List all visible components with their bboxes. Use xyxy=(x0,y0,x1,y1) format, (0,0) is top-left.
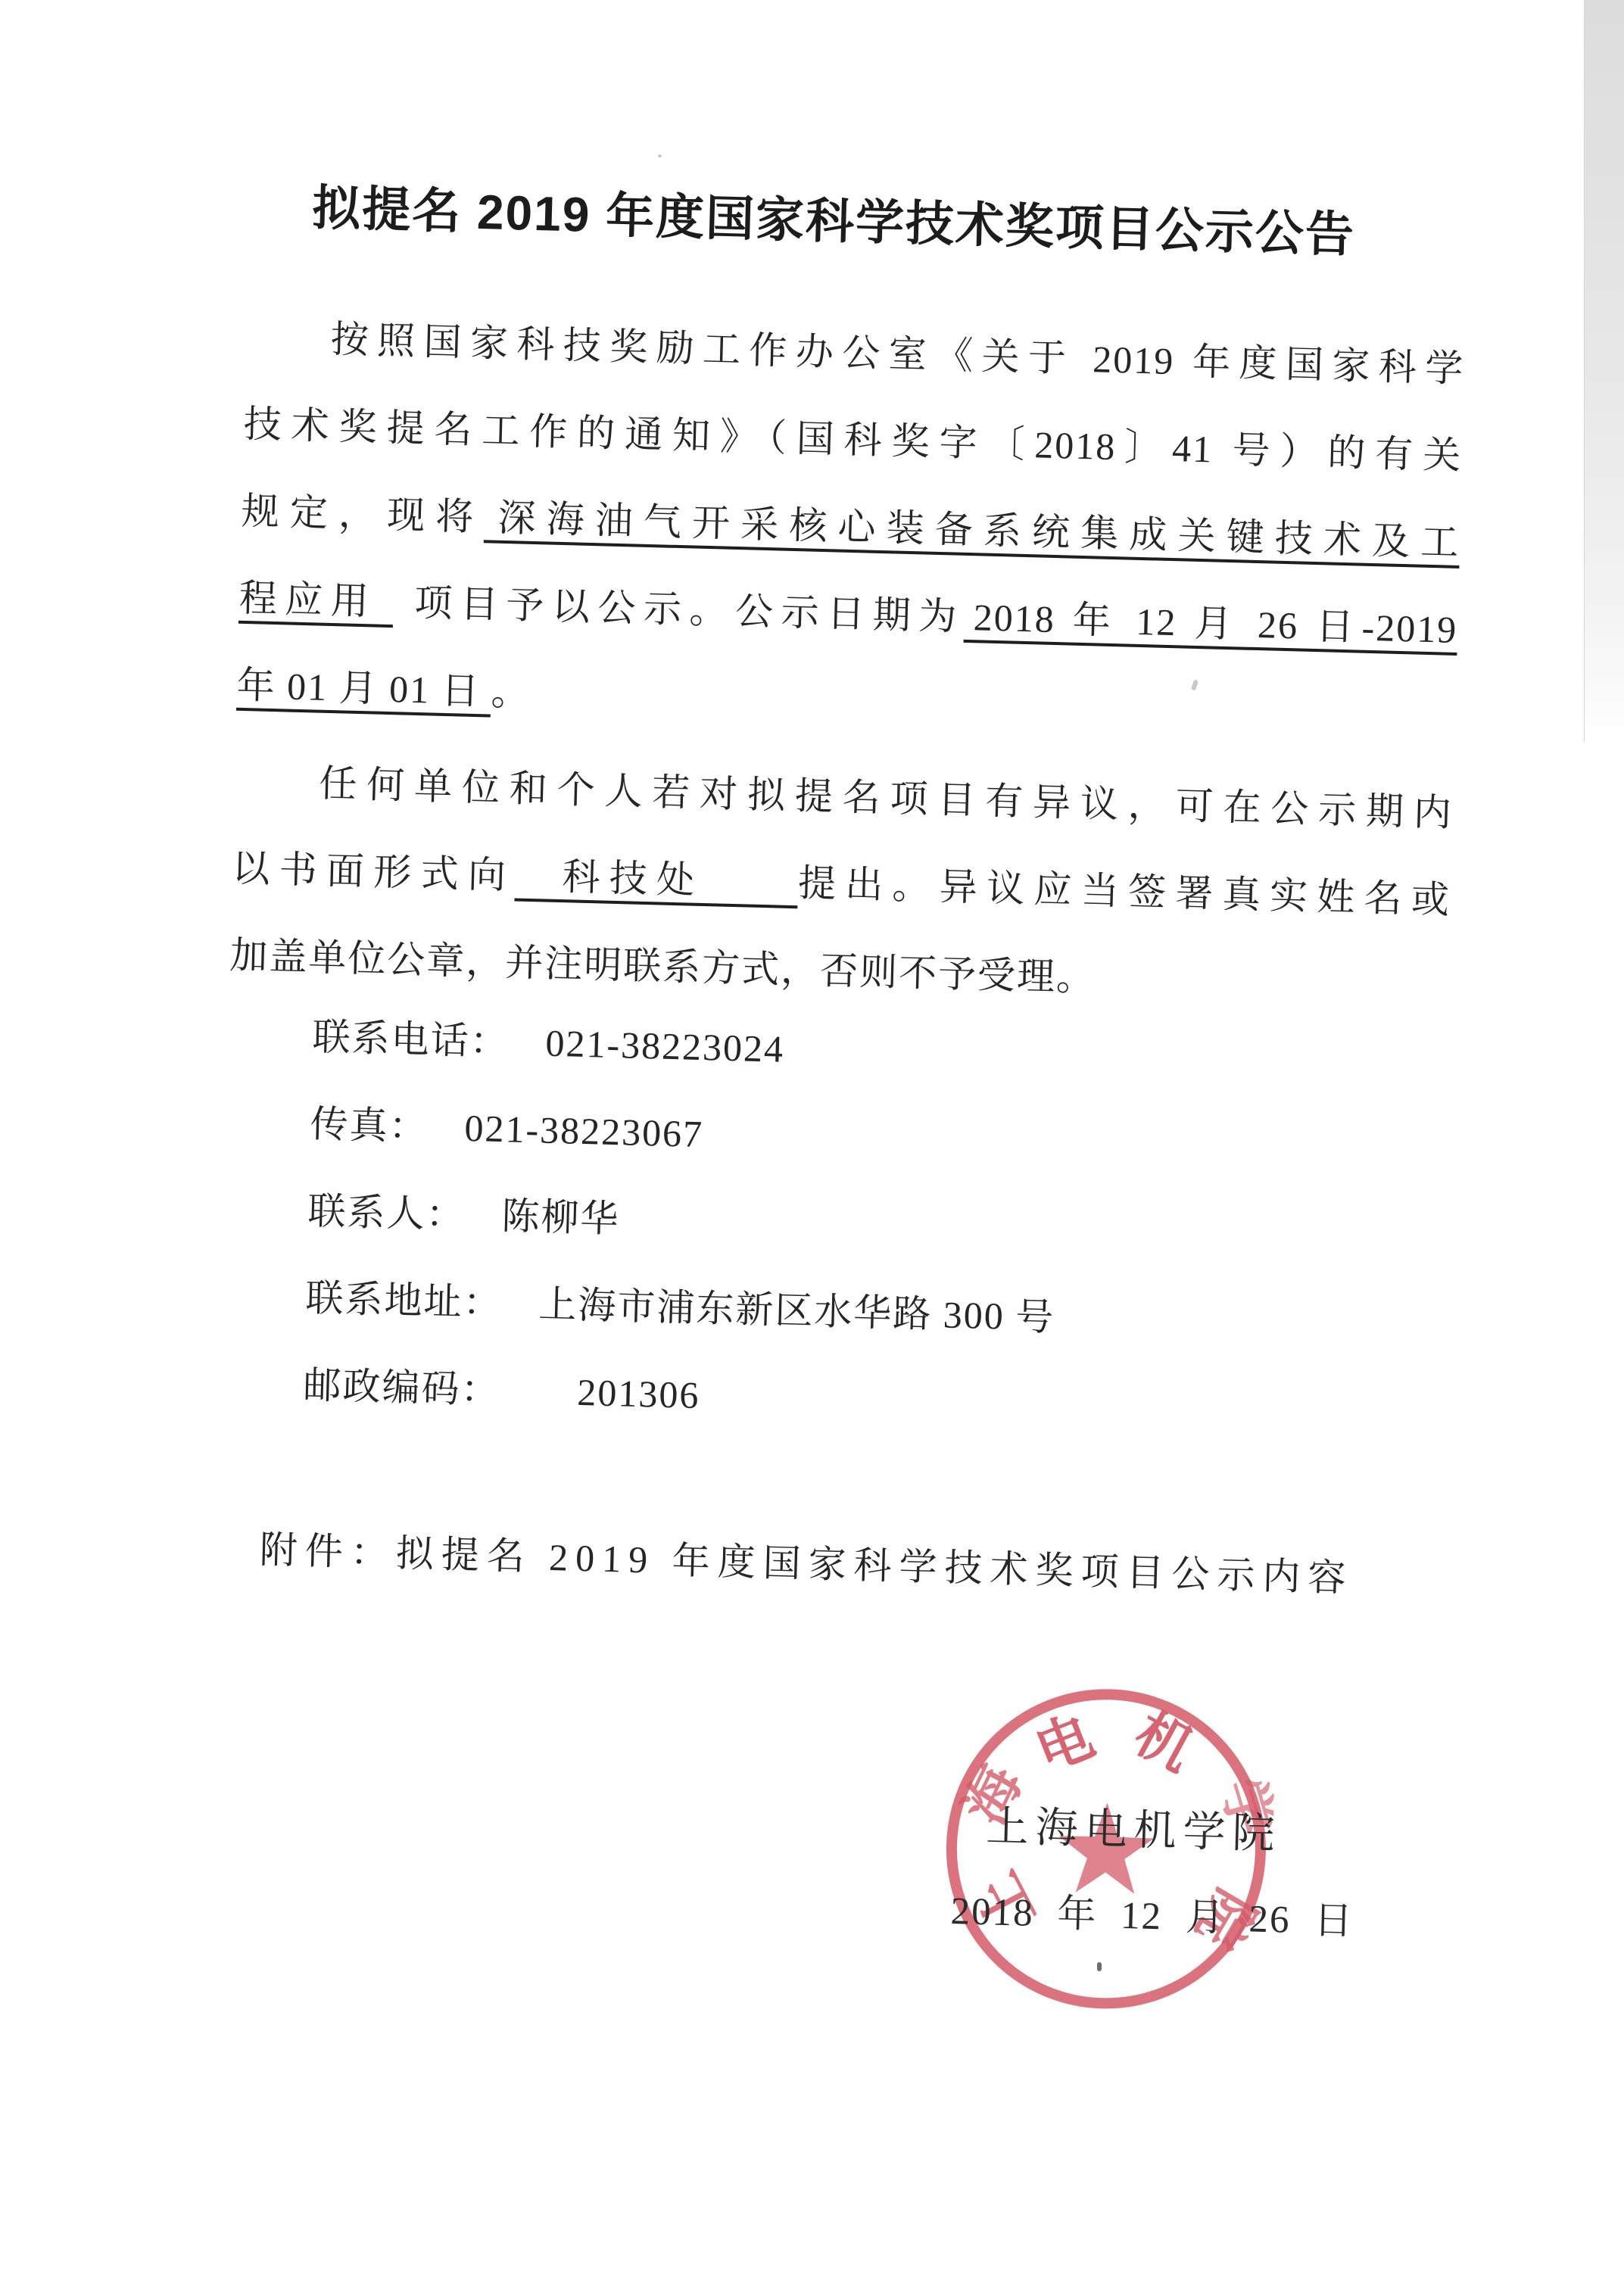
department-underlined: 科技处 xyxy=(514,854,798,908)
contact-value-phone: 021-38223024 xyxy=(545,1022,785,1070)
p1-line3-text: 规定，现将 xyxy=(241,490,485,538)
contact-label-postcode: 邮政编码： xyxy=(303,1363,500,1411)
attachment-section: 附件：拟提名 2019 年度国家科学技术奖项目公示内容 xyxy=(213,1505,1433,1624)
seal-arc-char: 电 xyxy=(1027,1706,1102,1784)
publicity-date-underlined-cont: 年 01 月 01 日 xyxy=(236,664,492,718)
paragraph-1: 按照国家科技奖励工作办公室《关于 2019 年度国家科学 技术奖提名工作的通知》… xyxy=(235,294,1466,761)
p2-line2-text: 以书面形式向 xyxy=(232,847,516,897)
page: { "document": { "title": "拟提名 2019 年度国家科… xyxy=(0,0,1624,2296)
publicity-date-underlined: 2018 年 12 月 26 日-2019 xyxy=(964,596,1458,656)
contact-value-fax: 021-38223067 xyxy=(464,1107,704,1155)
contact-label-person: 联系人： xyxy=(307,1189,466,1235)
contact-value-postcode: 201306 xyxy=(577,1371,700,1416)
scan-speck xyxy=(658,154,662,157)
p1-line5-period: 。 xyxy=(491,671,531,714)
contact-value-address: 上海市浦东新区水华路 300 号 xyxy=(538,1283,1055,1339)
contact-label-fax: 传真： xyxy=(310,1103,429,1148)
document-body: 拟提名 2019 年度国家科学技术奖项目公示公告 按照国家科技奖励工作办公室《关… xyxy=(198,187,1469,2186)
paragraph-2: 任何单位和个人若对拟提名项目有异议，可在公示期内 以书面形式向 科技处 提出。异… xyxy=(229,738,1454,1031)
p1-line4-text: 项目予以公示。公示日期为 xyxy=(414,581,965,638)
contact-value-person: 陈柳华 xyxy=(501,1195,620,1240)
contact-label-phone: 联系电话： xyxy=(312,1016,510,1064)
attachment-line: 附件：拟提名 2019 年度国家科学技术奖项目公示内容 xyxy=(213,1505,1433,1624)
page-title: 拟提名 2019 年度国家科学技术奖项目公示公告 xyxy=(223,179,1443,264)
contact-info: 联系电话：021-38223024 传真：021-38223067 联系人：陈柳… xyxy=(217,992,1448,1459)
p2-line2-suffix: 提出。异议应当签署真实姓名或 xyxy=(797,861,1451,921)
project-name-underlined: 深海油气开采核心装备系统集成关键技术及工 xyxy=(484,496,1460,569)
project-name-underlined-cont: 程应用 xyxy=(238,577,394,628)
scanner-edge-shadow xyxy=(1584,0,1624,742)
signature-organization: 上海电机学院 xyxy=(986,1805,1282,1855)
contact-label-address: 联系地址： xyxy=(305,1276,503,1324)
